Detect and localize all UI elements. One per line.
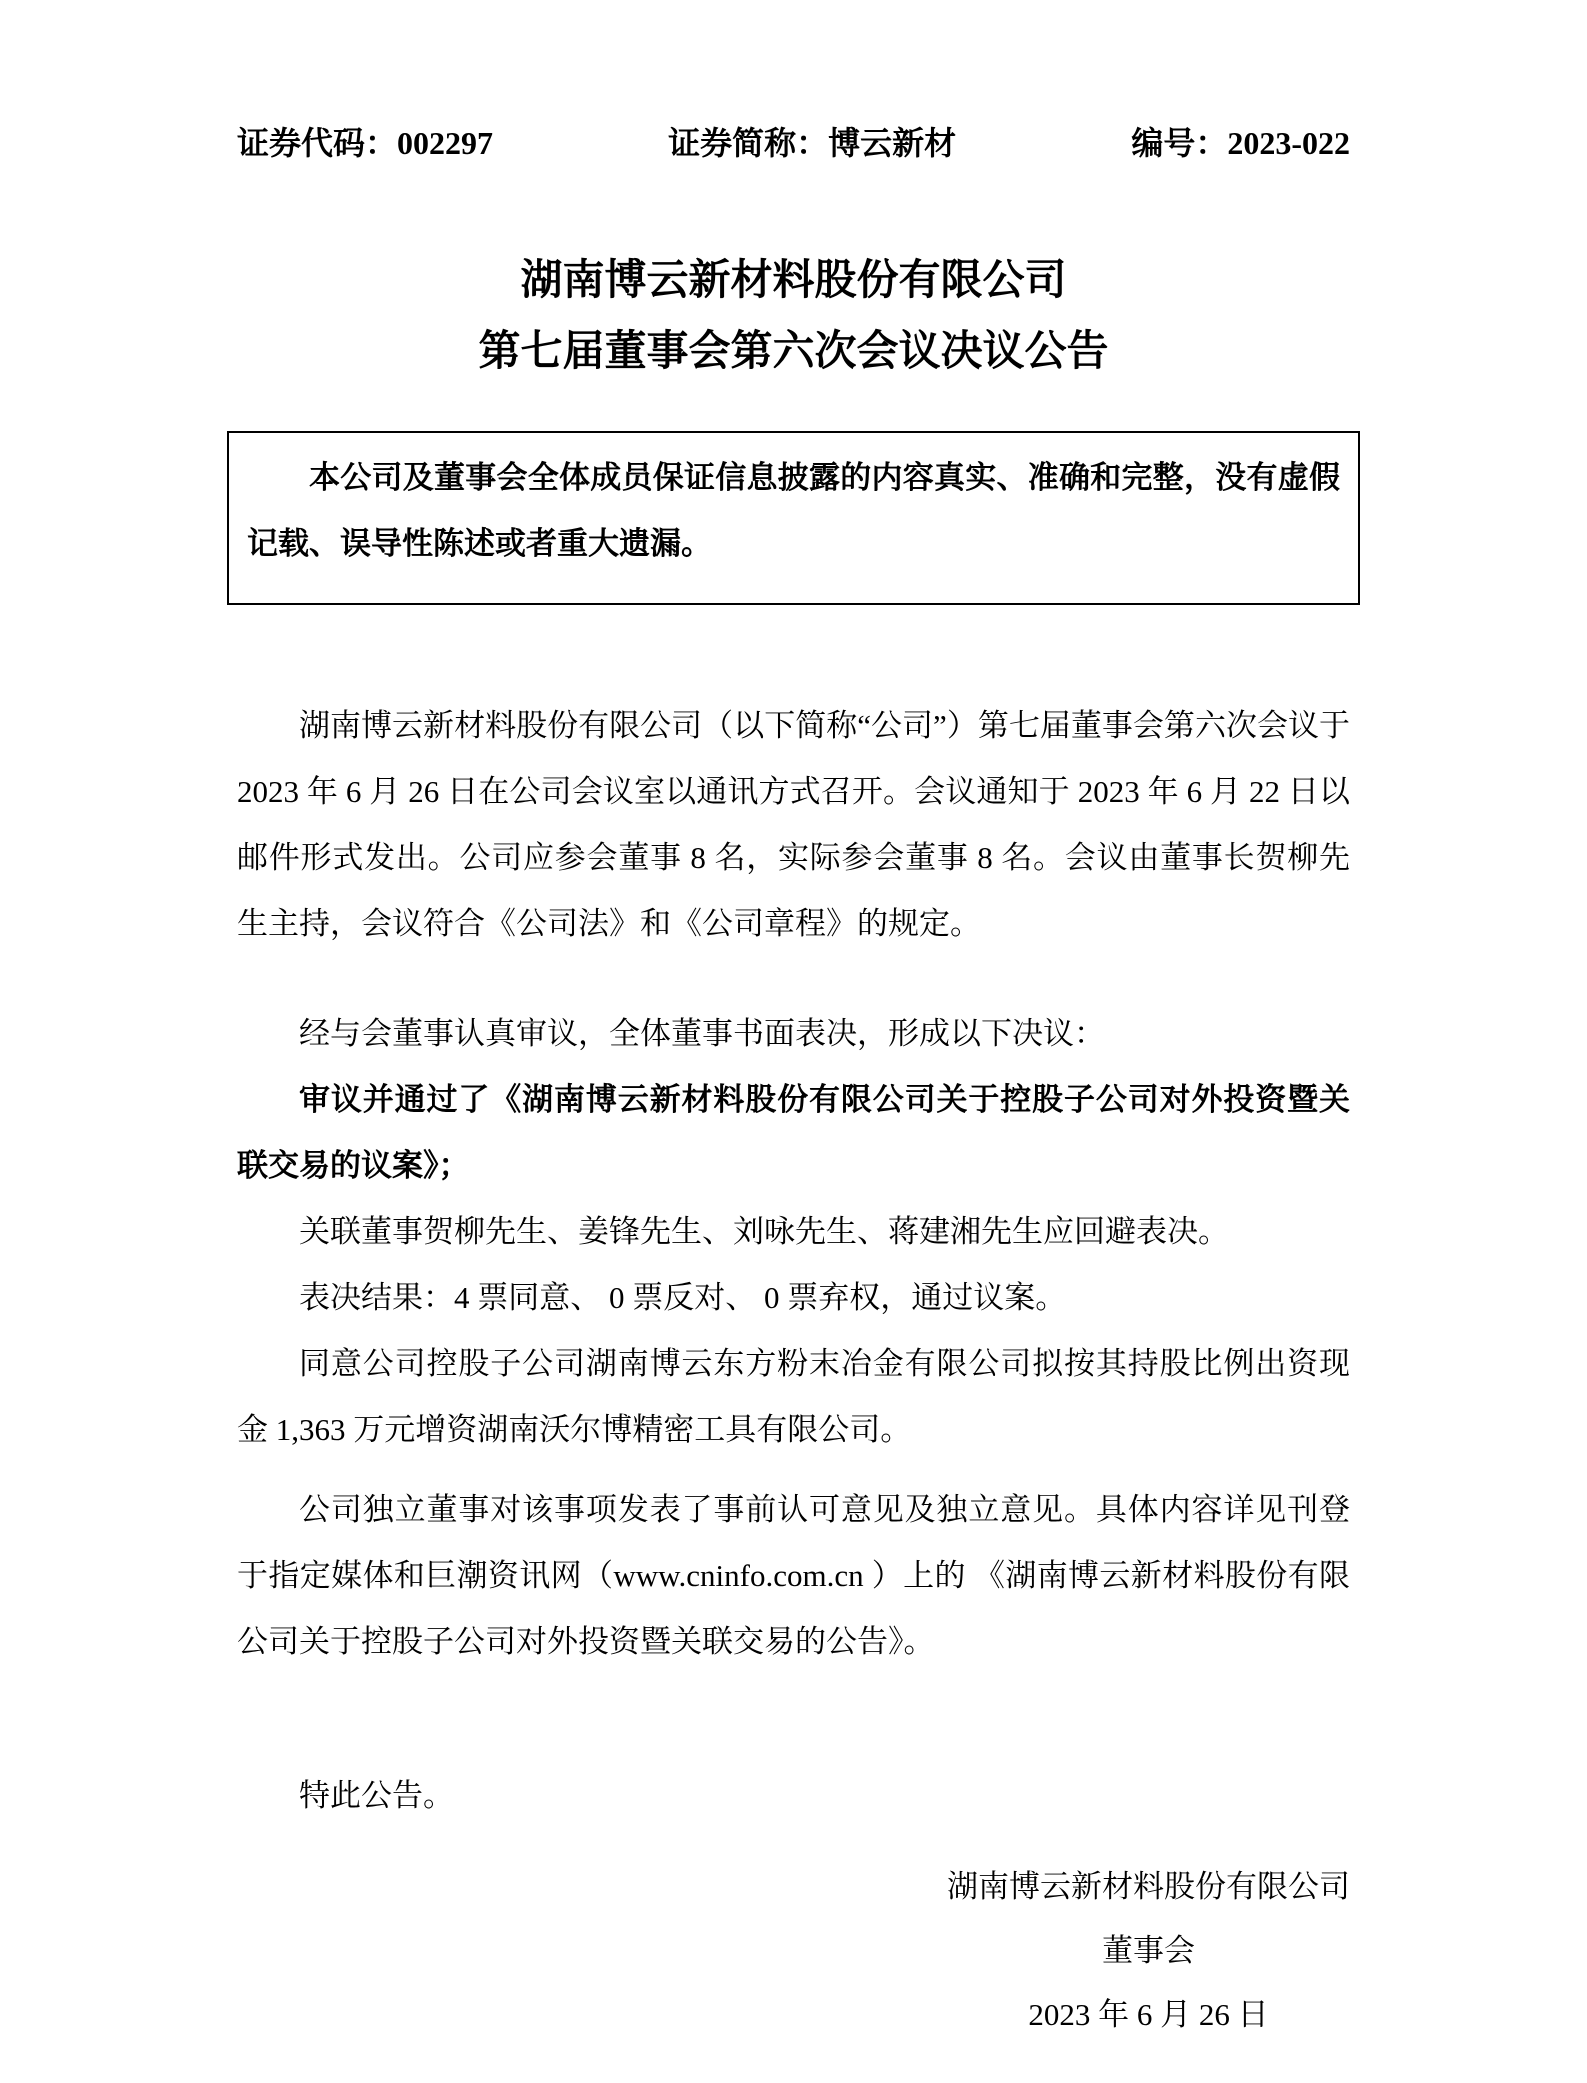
paragraph-4: 关联董事贺柳先生、姜锋先生、刘咏先生、蒋建湘先生应回避表决。: [237, 1199, 1350, 1265]
body-paragraphs: 湖南博云新材料股份有限公司（以下简称“公司”）第七届董事会第六次会议于 2023…: [237, 693, 1350, 1675]
stock-short-name: 证券简称：博云新材: [668, 118, 956, 164]
disclaimer-box: 本公司及董事会全体成员保证信息披露的内容真实、准确和完整，没有虚假记载、误导性陈…: [227, 431, 1360, 605]
signature-company: 湖南博云新材料股份有限公司: [947, 1855, 1350, 1919]
paragraph-5: 表决结果：4 票同意、 0 票反对、 0 票弃权，通过议案。: [237, 1265, 1350, 1331]
document-header: 证券代码：002297 证券简称：博云新材 编号：2023-022: [237, 118, 1350, 164]
paragraph-2: 经与会董事认真审议，全体董事书面表决，形成以下决议：: [237, 1001, 1350, 1067]
paragraph-1: 湖南博云新材料股份有限公司（以下简称“公司”）第七届董事会第六次会议于 2023…: [237, 693, 1350, 957]
title-company-name: 湖南博云新材料股份有限公司: [237, 246, 1350, 317]
document-title: 湖南博云新材料股份有限公司 第七届董事会第六次会议决议公告: [237, 246, 1350, 387]
signature-block: 湖南博云新材料股份有限公司 董事会 2023 年 6 月 26 日: [947, 1855, 1350, 2047]
stock-code: 证券代码：002297: [237, 118, 493, 164]
paragraph-6: 同意公司控股子公司湖南博云东方粉末冶金有限公司拟按其持股比例出资现金 1,363…: [237, 1331, 1350, 1463]
title-meeting-name: 第七届董事会第六次会议决议公告: [237, 317, 1350, 388]
disclaimer-text: 本公司及董事会全体成员保证信息披露的内容真实、准确和完整，没有虚假记载、误导性陈…: [247, 460, 1340, 561]
paragraph-7: 公司独立董事对该事项发表了事前认可意见及独立意见。具体内容详见刊登于指定媒体和巨…: [237, 1477, 1350, 1675]
doc-number: 编号：2023-022: [1131, 118, 1350, 164]
paragraph-3: 审议并通过了《湖南博云新材料股份有限公司关于控股子公司对外投资暨关联交易的议案》…: [237, 1067, 1350, 1199]
announcement-document: 证券代码：002297 证券简称：博云新材 编号：2023-022 湖南博云新材…: [0, 0, 1587, 2083]
closing-statement: 特此公告。: [237, 1763, 1350, 1829]
signature-date: 2023 年 6 月 26 日: [947, 1983, 1350, 2047]
signature-board: 董事会: [947, 1919, 1350, 1983]
